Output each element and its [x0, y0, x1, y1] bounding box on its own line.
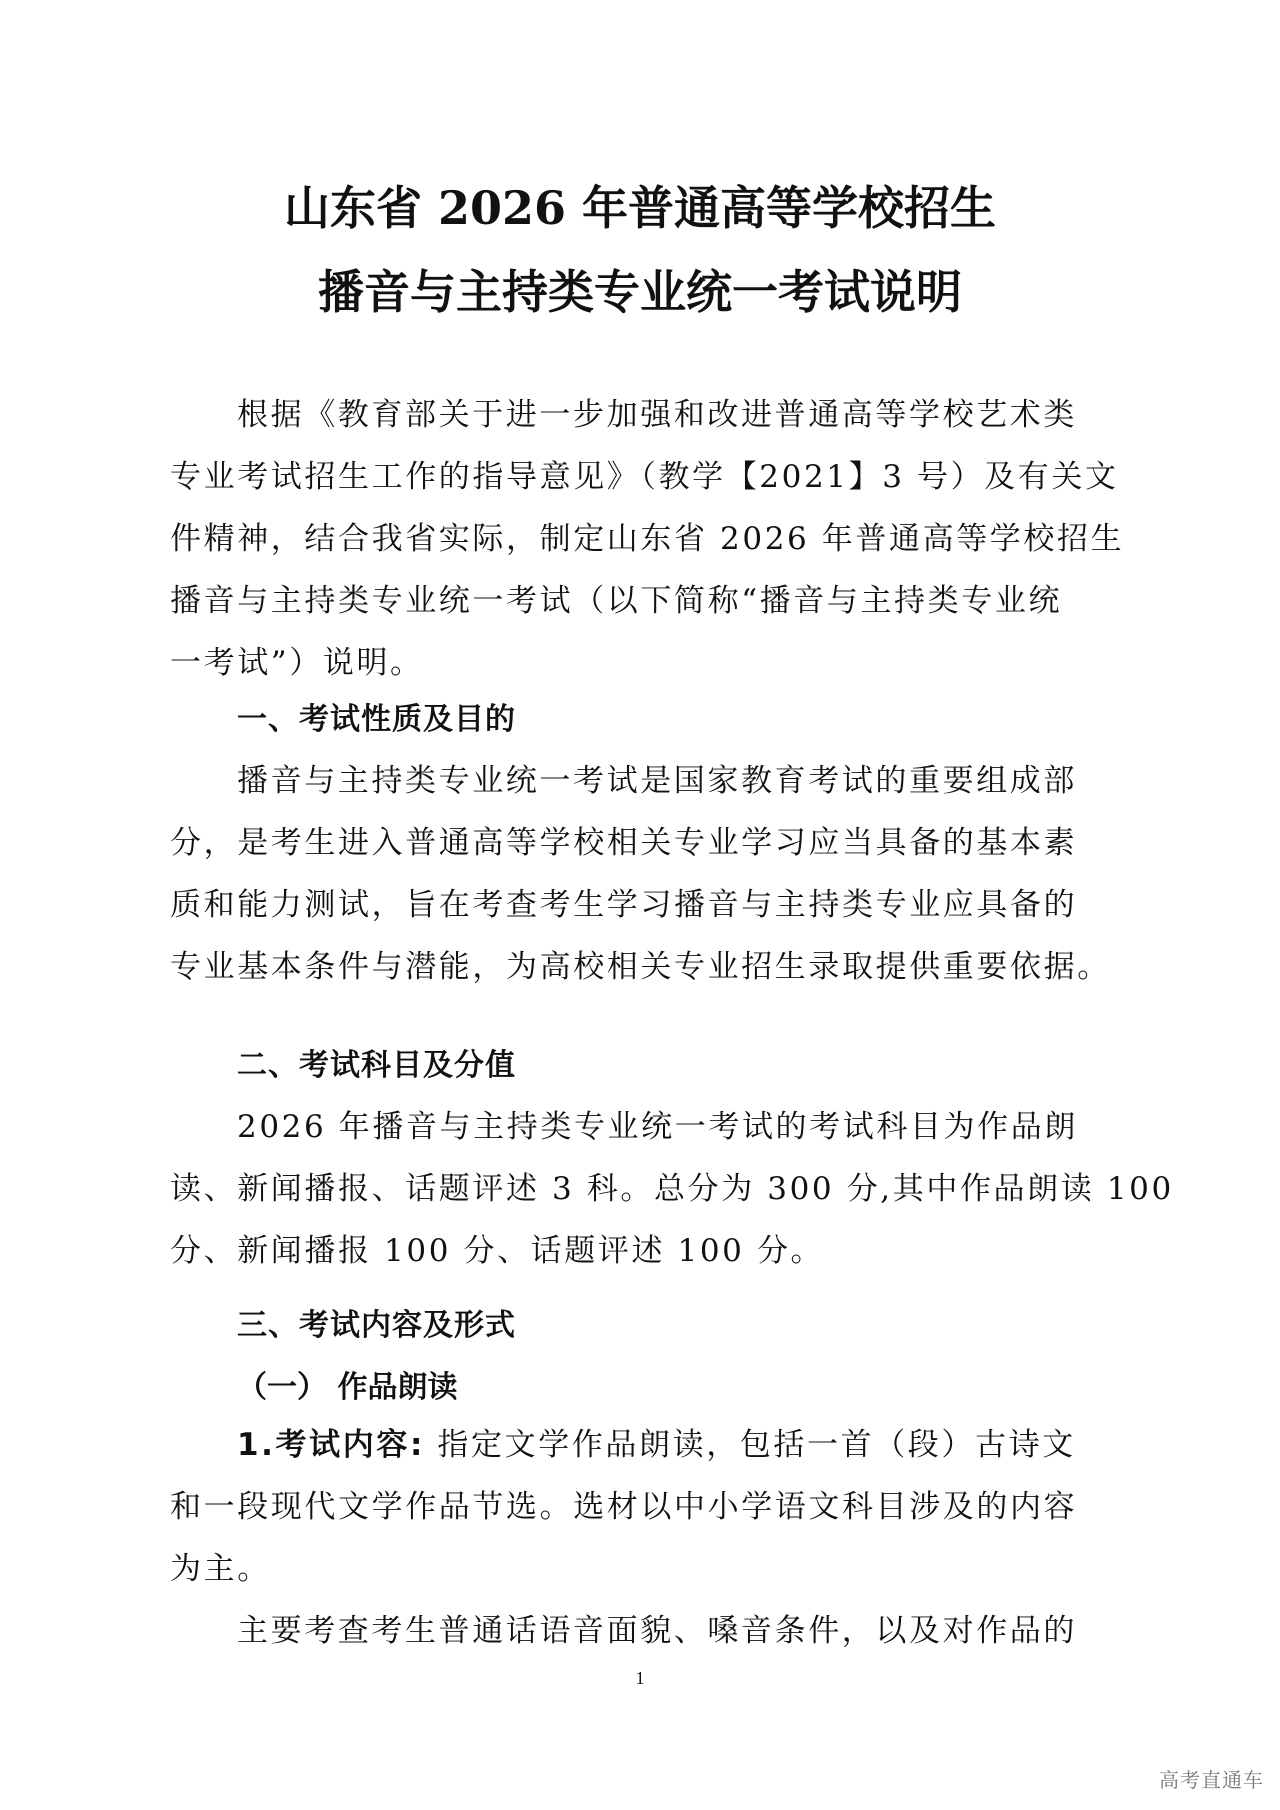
document-title-line-1: 山东省 2026 年普通高等学校招生	[0, 178, 1280, 238]
section-1-line: 专业基本条件与潜能，为高校相关专业招生录取提供重要依据。	[170, 936, 1114, 998]
intro-line: 专业考试招生工作的指导意见》（教学【2021】3 号）及有关文	[170, 446, 1114, 508]
section-1-line: 分，是考生进入普通高等学校相关专业学习应当具备的基本素	[170, 812, 1114, 874]
item-1-text: 指定文学作品朗读，包括一首（段）古诗文	[425, 1427, 1076, 1463]
section-2-line: 2026 年播音与主持类专业统一考试的考试科目为作品朗	[170, 1096, 1114, 1158]
intro-line: 一考试”）说明。	[170, 632, 1114, 694]
document-page: 山东省 2026 年普通高等学校招生 播音与主持类专业统一考试说明 根据《教育部…	[0, 0, 1280, 1810]
intro-line: 播音与主持类专业统一考试（以下简称“播音与主持类专业统	[170, 570, 1114, 632]
intro-paragraph: 根据《教育部关于进一步加强和改进普通高等学校艺术类 专业考试招生工作的指导意见》…	[170, 384, 1114, 694]
watermark: 高考直通车	[1159, 1764, 1264, 1793]
subsection-1-item-1: 1.考试内容: 指定文学作品朗读，包括一首（段）古诗文 和一段现代文学作品节选。…	[170, 1414, 1114, 1600]
subsection-1-paragraph-2: 主要考查考生普通话语音面貌、嗓音条件，以及对作品的	[170, 1600, 1114, 1662]
section-1-paragraph: 播音与主持类专业统一考试是国家教育考试的重要组成部 分，是考生进入普通高等学校相…	[170, 750, 1114, 998]
document-title-line-2: 播音与主持类专业统一考试说明	[0, 262, 1280, 322]
section-2-heading: 二、考试科目及分值	[237, 1046, 516, 1086]
item-1-line: 为主。	[170, 1538, 1114, 1600]
item-1-label: 1.考试内容:	[237, 1427, 425, 1463]
page-number: 1	[0, 1668, 1280, 1689]
intro-line: 根据《教育部关于进一步加强和改进普通高等学校艺术类	[170, 384, 1114, 446]
section-1-line: 播音与主持类专业统一考试是国家教育考试的重要组成部	[170, 750, 1114, 812]
section-1-heading: 一、考试性质及目的	[237, 700, 516, 740]
item-1-first-line: 1.考试内容: 指定文学作品朗读，包括一首（段）古诗文	[170, 1414, 1114, 1476]
item-1-line: 和一段现代文学作品节选。选材以中小学语文科目涉及的内容	[170, 1476, 1114, 1538]
para-2-line: 主要考查考生普通话语音面貌、嗓音条件，以及对作品的	[170, 1600, 1114, 1662]
section-3-heading: 三、考试内容及形式	[237, 1306, 516, 1346]
intro-line: 件精神，结合我省实际，制定山东省 2026 年普通高等学校招生	[170, 508, 1114, 570]
section-2-paragraph: 2026 年播音与主持类专业统一考试的考试科目为作品朗 读、新闻播报、话题评述 …	[170, 1096, 1114, 1282]
section-1-line: 质和能力测试，旨在考查考生学习播音与主持类专业应具备的	[170, 874, 1114, 936]
subsection-1-heading: （一） 作品朗读	[237, 1368, 457, 1408]
section-2-line: 分、新闻播报 100 分、话题评述 100 分。	[170, 1220, 1114, 1282]
section-2-line: 读、新闻播报、话题评述 3 科。总分为 300 分,其中作品朗读 100	[170, 1158, 1114, 1220]
